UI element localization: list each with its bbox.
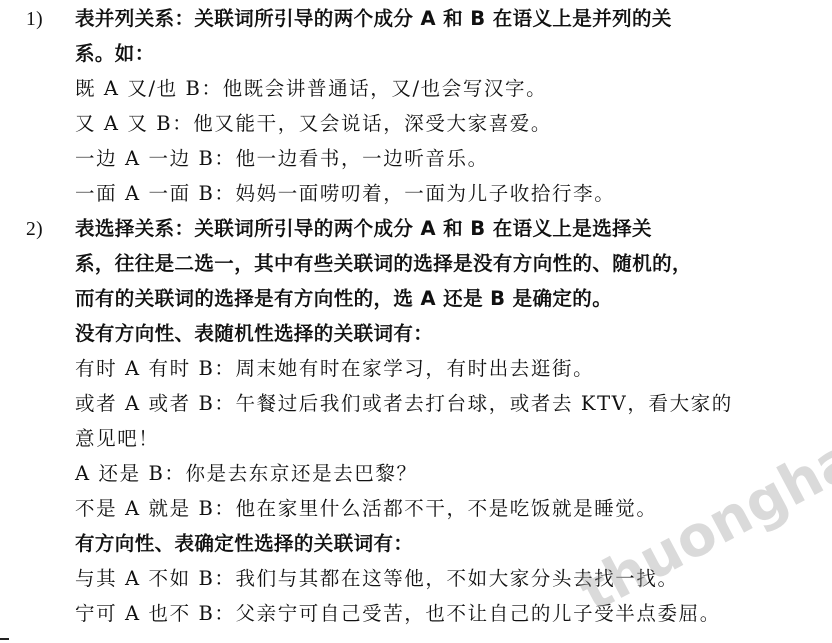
example-line: 既 A 又/也 B：他既会讲普通话，又/也会写汉字。 bbox=[75, 77, 547, 101]
section-2-heading-cont: 而有的关联词的选择是有方向性的，选 A 还是 B 是确定的。 bbox=[75, 287, 612, 311]
section-2-number: 2) bbox=[26, 218, 75, 242]
example-line: 又 A 又 B：他又能干，又会说话，深受大家喜爱。 bbox=[75, 112, 552, 136]
page-edge-mark bbox=[0, 638, 9, 640]
example-line: 一边 A 一边 B：他一边看书，一边听音乐。 bbox=[75, 147, 489, 171]
example-line: 与其 A 不如 B：我们与其都在这等他，不如大家分头去找一找。 bbox=[75, 567, 679, 591]
section-2-heading: 2)表选择关系：关联词所引导的两个成分 A 和 B 在语义上是选择关 bbox=[26, 217, 652, 242]
section-2-heading-cont: 系，往往是二选一，其中有些关联词的选择是没有方向性的、随机的， bbox=[75, 252, 692, 276]
example-line: 意见吧！ bbox=[75, 427, 159, 451]
section-1-heading: 1)表并列关系：关联词所引导的两个成分 A 和 B 在语义上是并列的关 bbox=[26, 7, 672, 32]
example-line: 或者 A 或者 B：午餐过后我们或者去打台球，或者去 KTV，看大家的 bbox=[75, 392, 733, 416]
example-line: 一面 A 一面 B：妈妈一面唠叨着，一面为儿子收拾行李。 bbox=[75, 182, 615, 206]
section-1-number: 1) bbox=[26, 8, 75, 32]
document-page: 1)表并列关系：关联词所引导的两个成分 A 和 B 在语义上是并列的关 系。如：… bbox=[0, 0, 832, 643]
example-line: 宁可 A 也不 B：父亲宁可自己受苦，也不让自己的儿子受半点委屈。 bbox=[75, 602, 721, 626]
section-1-heading-text: 表并列关系：关联词所引导的两个成分 A 和 B 在语义上是并列的关 bbox=[75, 7, 672, 30]
directional-choice-subheading: 有方向性、表确定性选择的关联词有： bbox=[75, 532, 413, 556]
section-2-heading-text: 表选择关系：关联词所引导的两个成分 A 和 B 在语义上是选择关 bbox=[75, 217, 652, 240]
example-line: 不是 A 就是 B：他在家里什么活都不干，不是吃饭就是睡觉。 bbox=[75, 497, 658, 521]
example-line: A 还是 B：你是去东京还是去巴黎？ bbox=[75, 462, 418, 486]
section-1-heading-cont: 系。如： bbox=[75, 42, 155, 66]
random-choice-subheading: 没有方向性、表随机性选择的关联词有： bbox=[75, 322, 433, 346]
example-line: 有时 A 有时 B：周末她有时在家学习，有时出去逛街。 bbox=[75, 357, 594, 381]
